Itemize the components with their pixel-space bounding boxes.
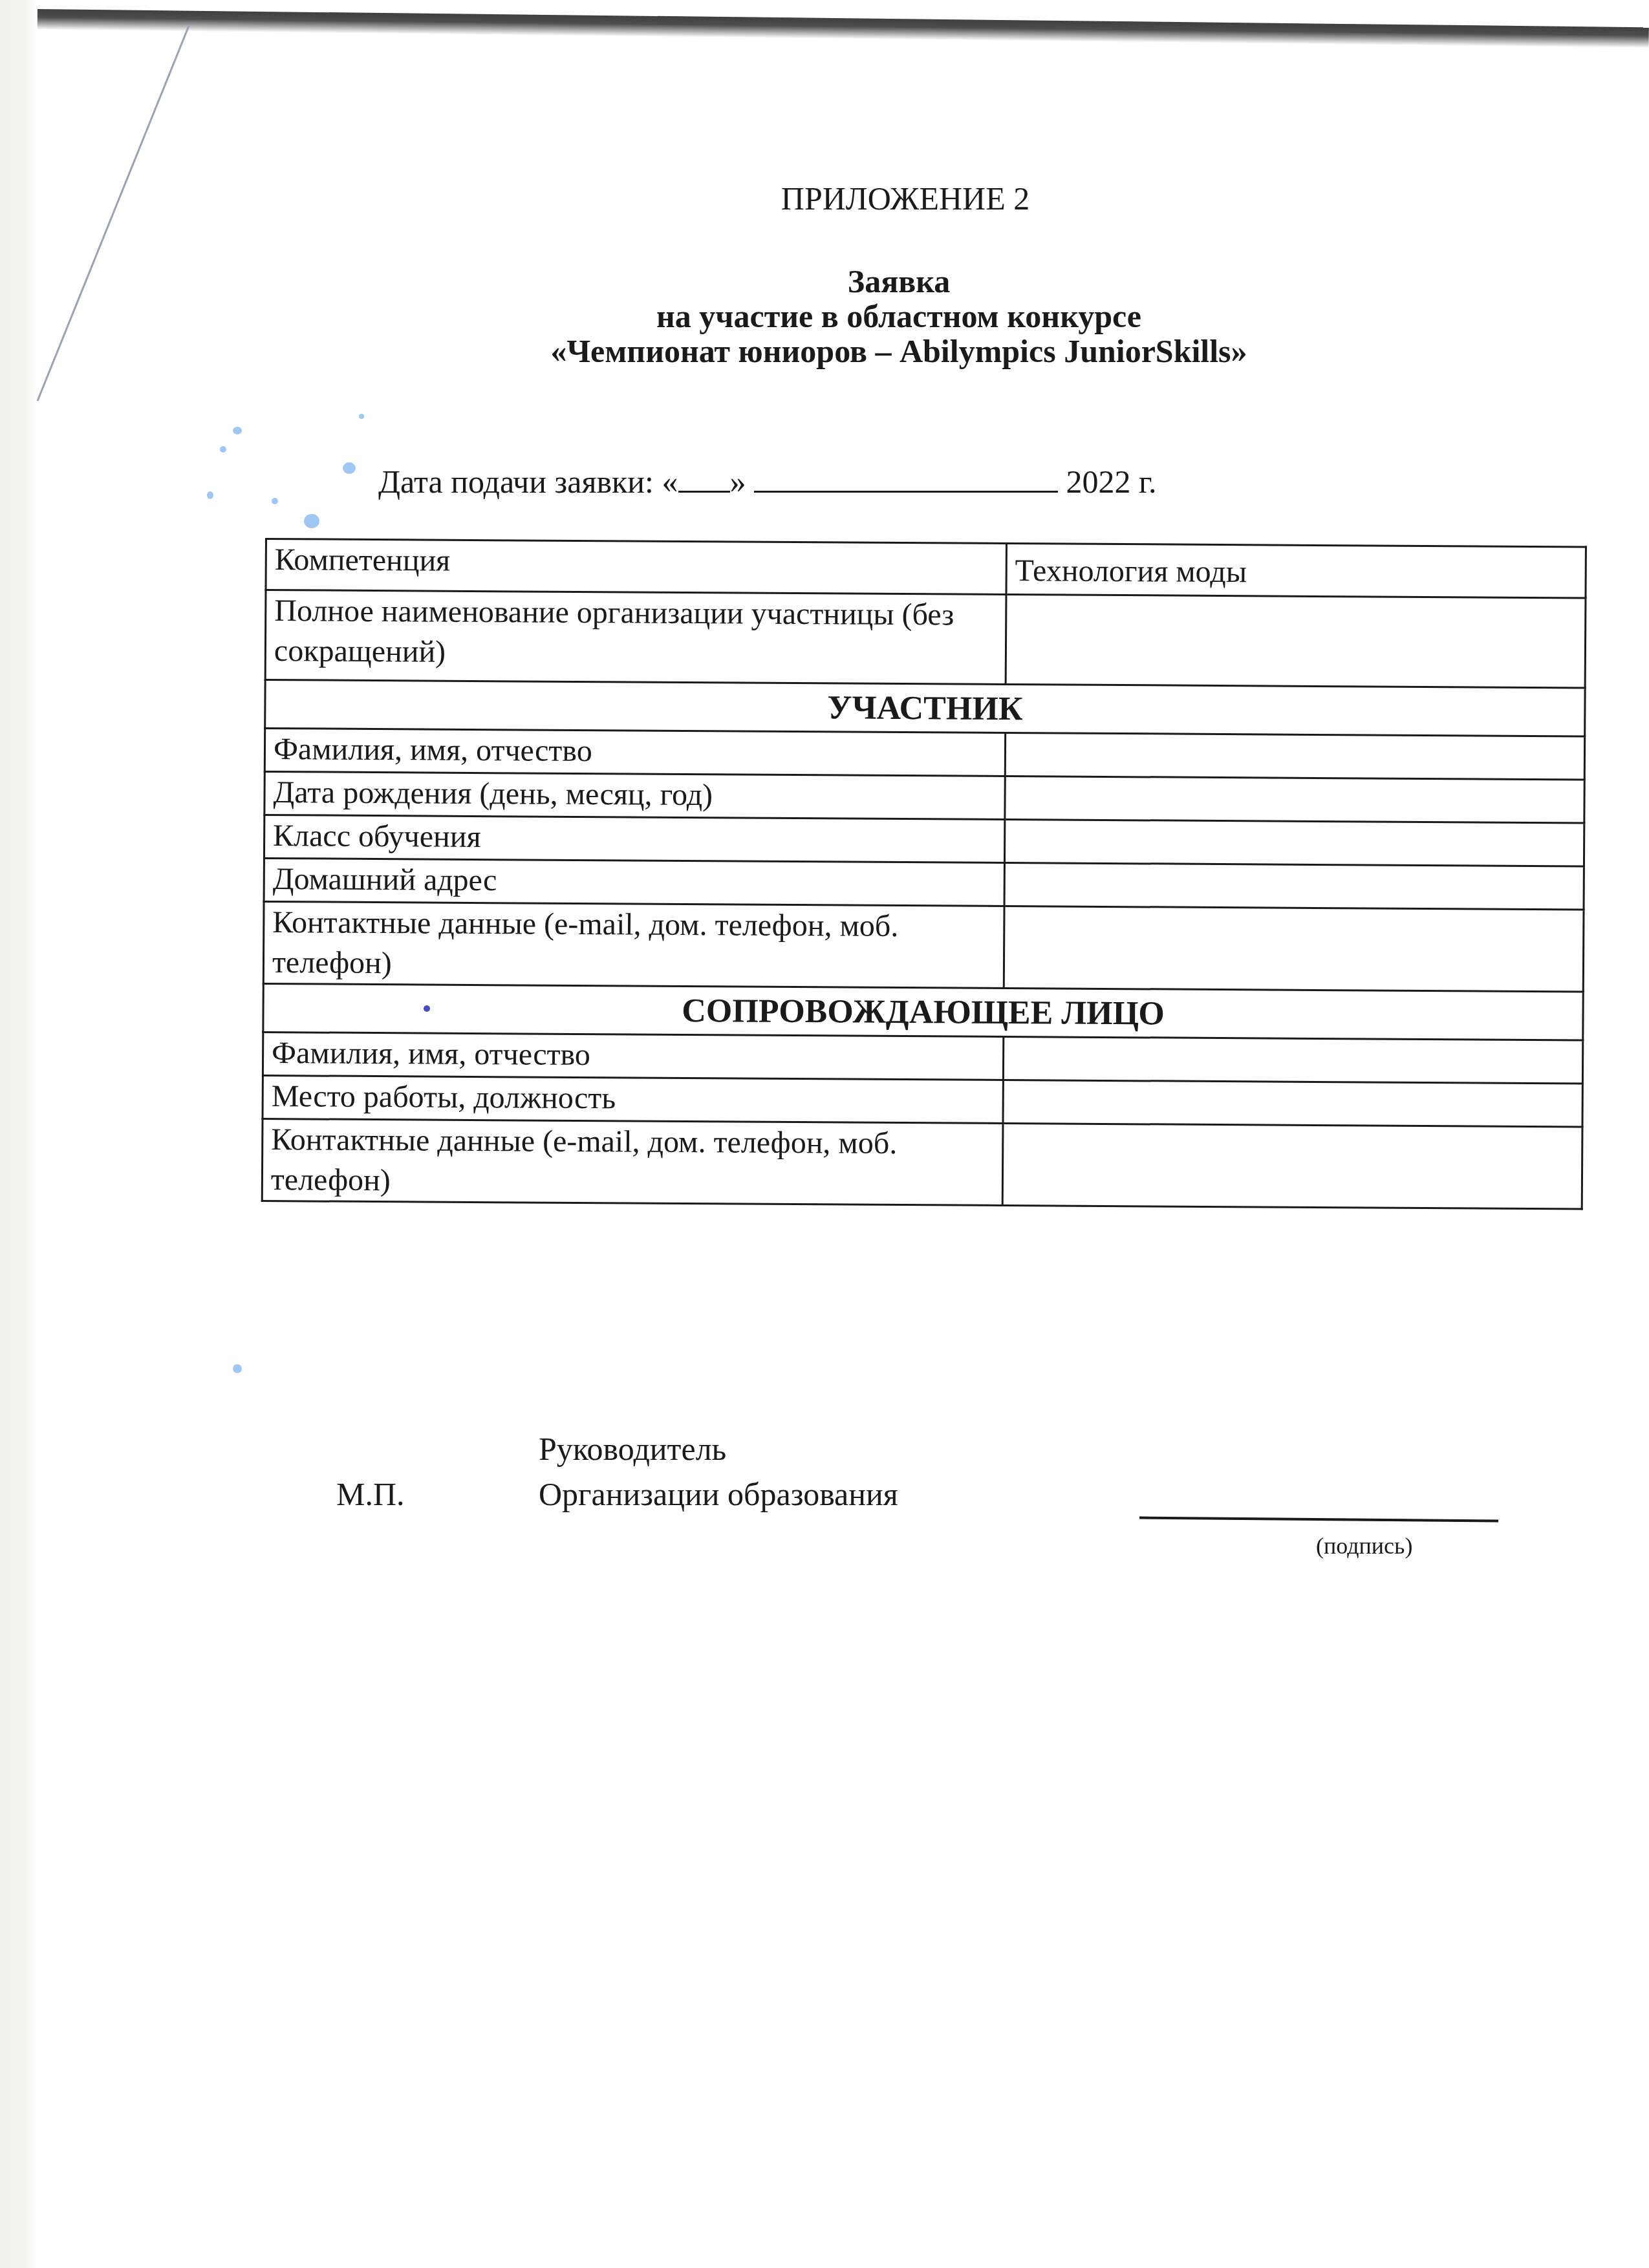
signer-role-line-2: Организации образования [539, 1475, 898, 1513]
signature-caption: (подпись) [1316, 1532, 1412, 1559]
document-page: ПРИЛОЖЕНИЕ 2 Заявка на участие в областн… [0, 0, 1649, 2268]
signer-role-line-1: Руководитель [539, 1430, 726, 1468]
signature-block: М.П. Руководитель Организации образовани… [0, 0, 1649, 2268]
signature-line[interactable] [1139, 1517, 1498, 1523]
stamp-label: М.П. [336, 1475, 405, 1513]
